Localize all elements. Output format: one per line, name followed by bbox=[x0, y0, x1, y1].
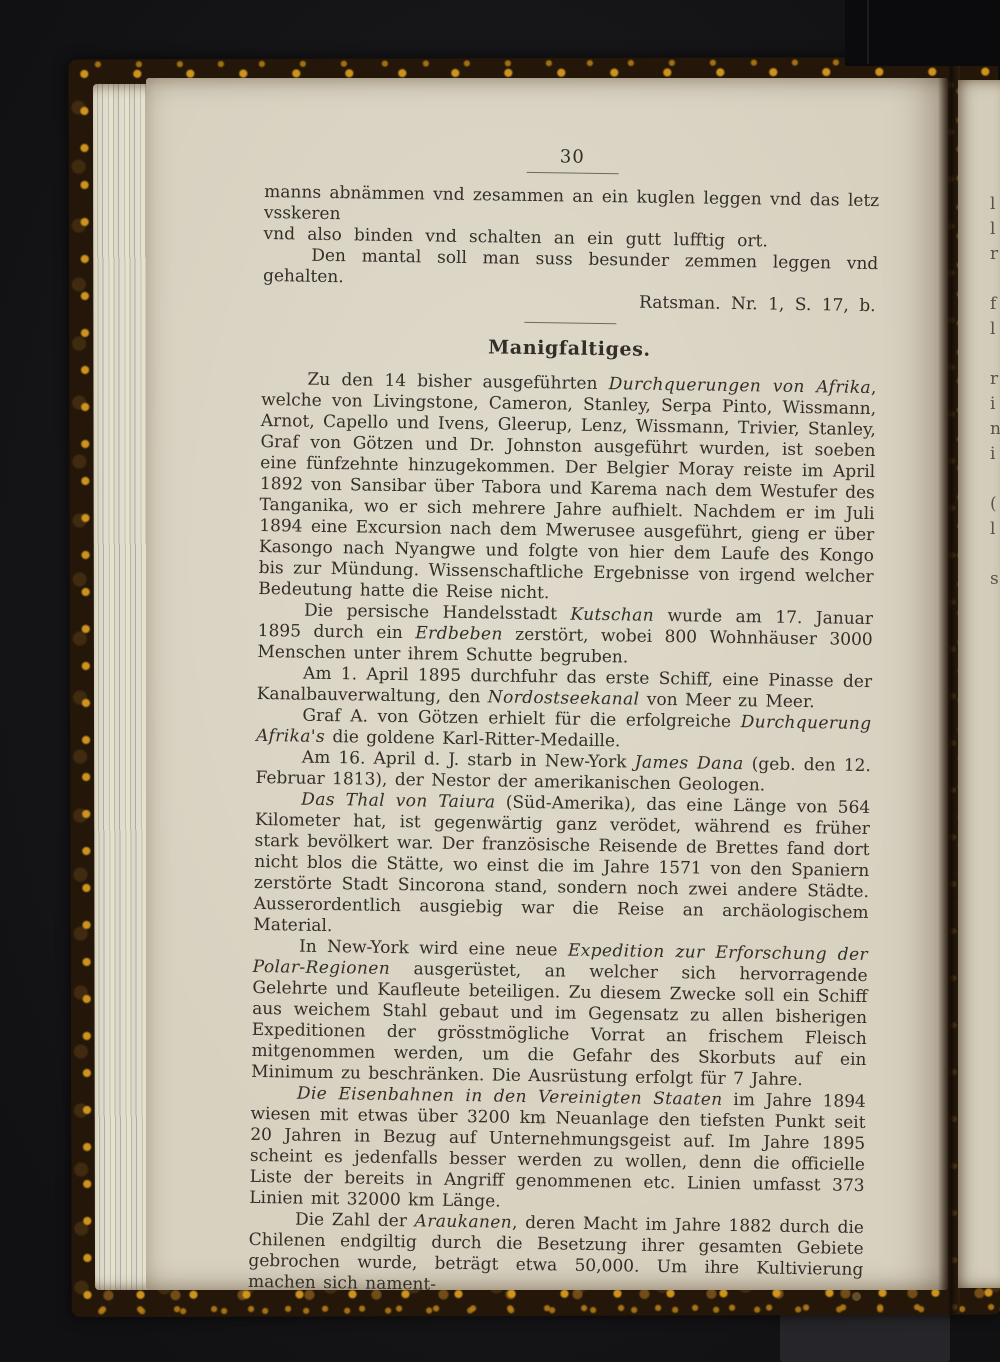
letter-fragment: r bbox=[990, 242, 1000, 267]
text-run: (Süd-Amerika), das eine Länge von 564 Ki… bbox=[253, 792, 870, 936]
italic-phrase: Das Thal von Taiura bbox=[301, 790, 496, 813]
letter-fragment bbox=[990, 267, 1000, 292]
letter-fragment: l bbox=[990, 192, 1000, 217]
article-paragraphs: Zu den 14 bisher ausgeführten Durchqueru… bbox=[248, 369, 877, 1302]
letter-fragment: l bbox=[990, 317, 1000, 342]
section-heading: Manigfaltiges. bbox=[262, 334, 877, 364]
italic-phrase: James Dana bbox=[635, 753, 744, 775]
letter-fragment bbox=[990, 542, 1000, 567]
text-run: im Jahre 1894 wiesen mit etwas über 3200… bbox=[249, 1090, 866, 1212]
letter-fragment: ( bbox=[990, 492, 1000, 517]
page-number: 30 bbox=[265, 142, 880, 172]
text-run: von Meer zu Meer. bbox=[639, 690, 814, 713]
paragraph: Die persische Handelsstadt Kutschan wurd… bbox=[257, 600, 873, 672]
italic-phrase: Nordostseekanal bbox=[488, 687, 640, 709]
facing-page-text-fragments: llr fl rini (l s bbox=[990, 192, 1000, 592]
letter-fragment: l bbox=[990, 217, 1000, 242]
italic-phrase: Erdbeben bbox=[415, 623, 503, 644]
text-run: Die persische Handelsstadt bbox=[304, 601, 571, 625]
italic-phrase: Durchquerungen von Afrika bbox=[609, 374, 872, 398]
paragraph: Das Thal von Taiura (Süd-Amerika), das e… bbox=[253, 789, 870, 945]
gutter-shadow bbox=[938, 66, 960, 1314]
letter-fragment bbox=[990, 342, 1000, 367]
paragraph: Zu den 14 bisher ausgeführten Durchqueru… bbox=[258, 369, 876, 609]
text-run: ausgerüstet, an welcher sich hervorragen… bbox=[251, 959, 868, 1090]
printed-content: 30 manns abnämmen vnd zesammen an ein ku… bbox=[248, 142, 880, 1302]
carryover-text-section: manns abnämmen vnd zesammen an ein kugle… bbox=[263, 182, 879, 296]
italic-phrase: Araukanen bbox=[414, 1211, 512, 1232]
book-page: 30 manns abnämmen vnd zesammen an ein ku… bbox=[146, 78, 948, 1290]
letter-fragment bbox=[990, 467, 1000, 492]
paragraph: Die Eisenbahnen in den Vereinigten Staat… bbox=[249, 1083, 866, 1218]
letter-fragment: i bbox=[990, 442, 1000, 467]
italic-phrase: Kutschan bbox=[570, 605, 654, 626]
letter-fragment: l bbox=[990, 517, 1000, 542]
divider-rule-section bbox=[524, 322, 616, 324]
letter-fragment: i bbox=[990, 392, 1000, 417]
letter-fragment: f bbox=[990, 292, 1000, 317]
text-run: Die Zahl der bbox=[295, 1210, 415, 1232]
letter-fragment: s bbox=[990, 567, 1000, 592]
press-edge-highlight bbox=[867, 0, 869, 64]
letter-fragment: r bbox=[990, 367, 1000, 392]
letter-fragment: n bbox=[990, 417, 1000, 442]
text-run: , welche von Livingstone, Cameron, Stanl… bbox=[258, 378, 876, 603]
paragraph: Die Zahl der Araukanen, deren Macht im J… bbox=[248, 1209, 864, 1302]
text-run: In New-York wird eine neue bbox=[299, 937, 568, 961]
paragraph: In New-York wird eine neue Expedition zu… bbox=[251, 936, 868, 1092]
facing-page-sliver: llr fl rini (l s bbox=[958, 80, 1000, 1288]
divider-rule-top bbox=[526, 172, 618, 174]
